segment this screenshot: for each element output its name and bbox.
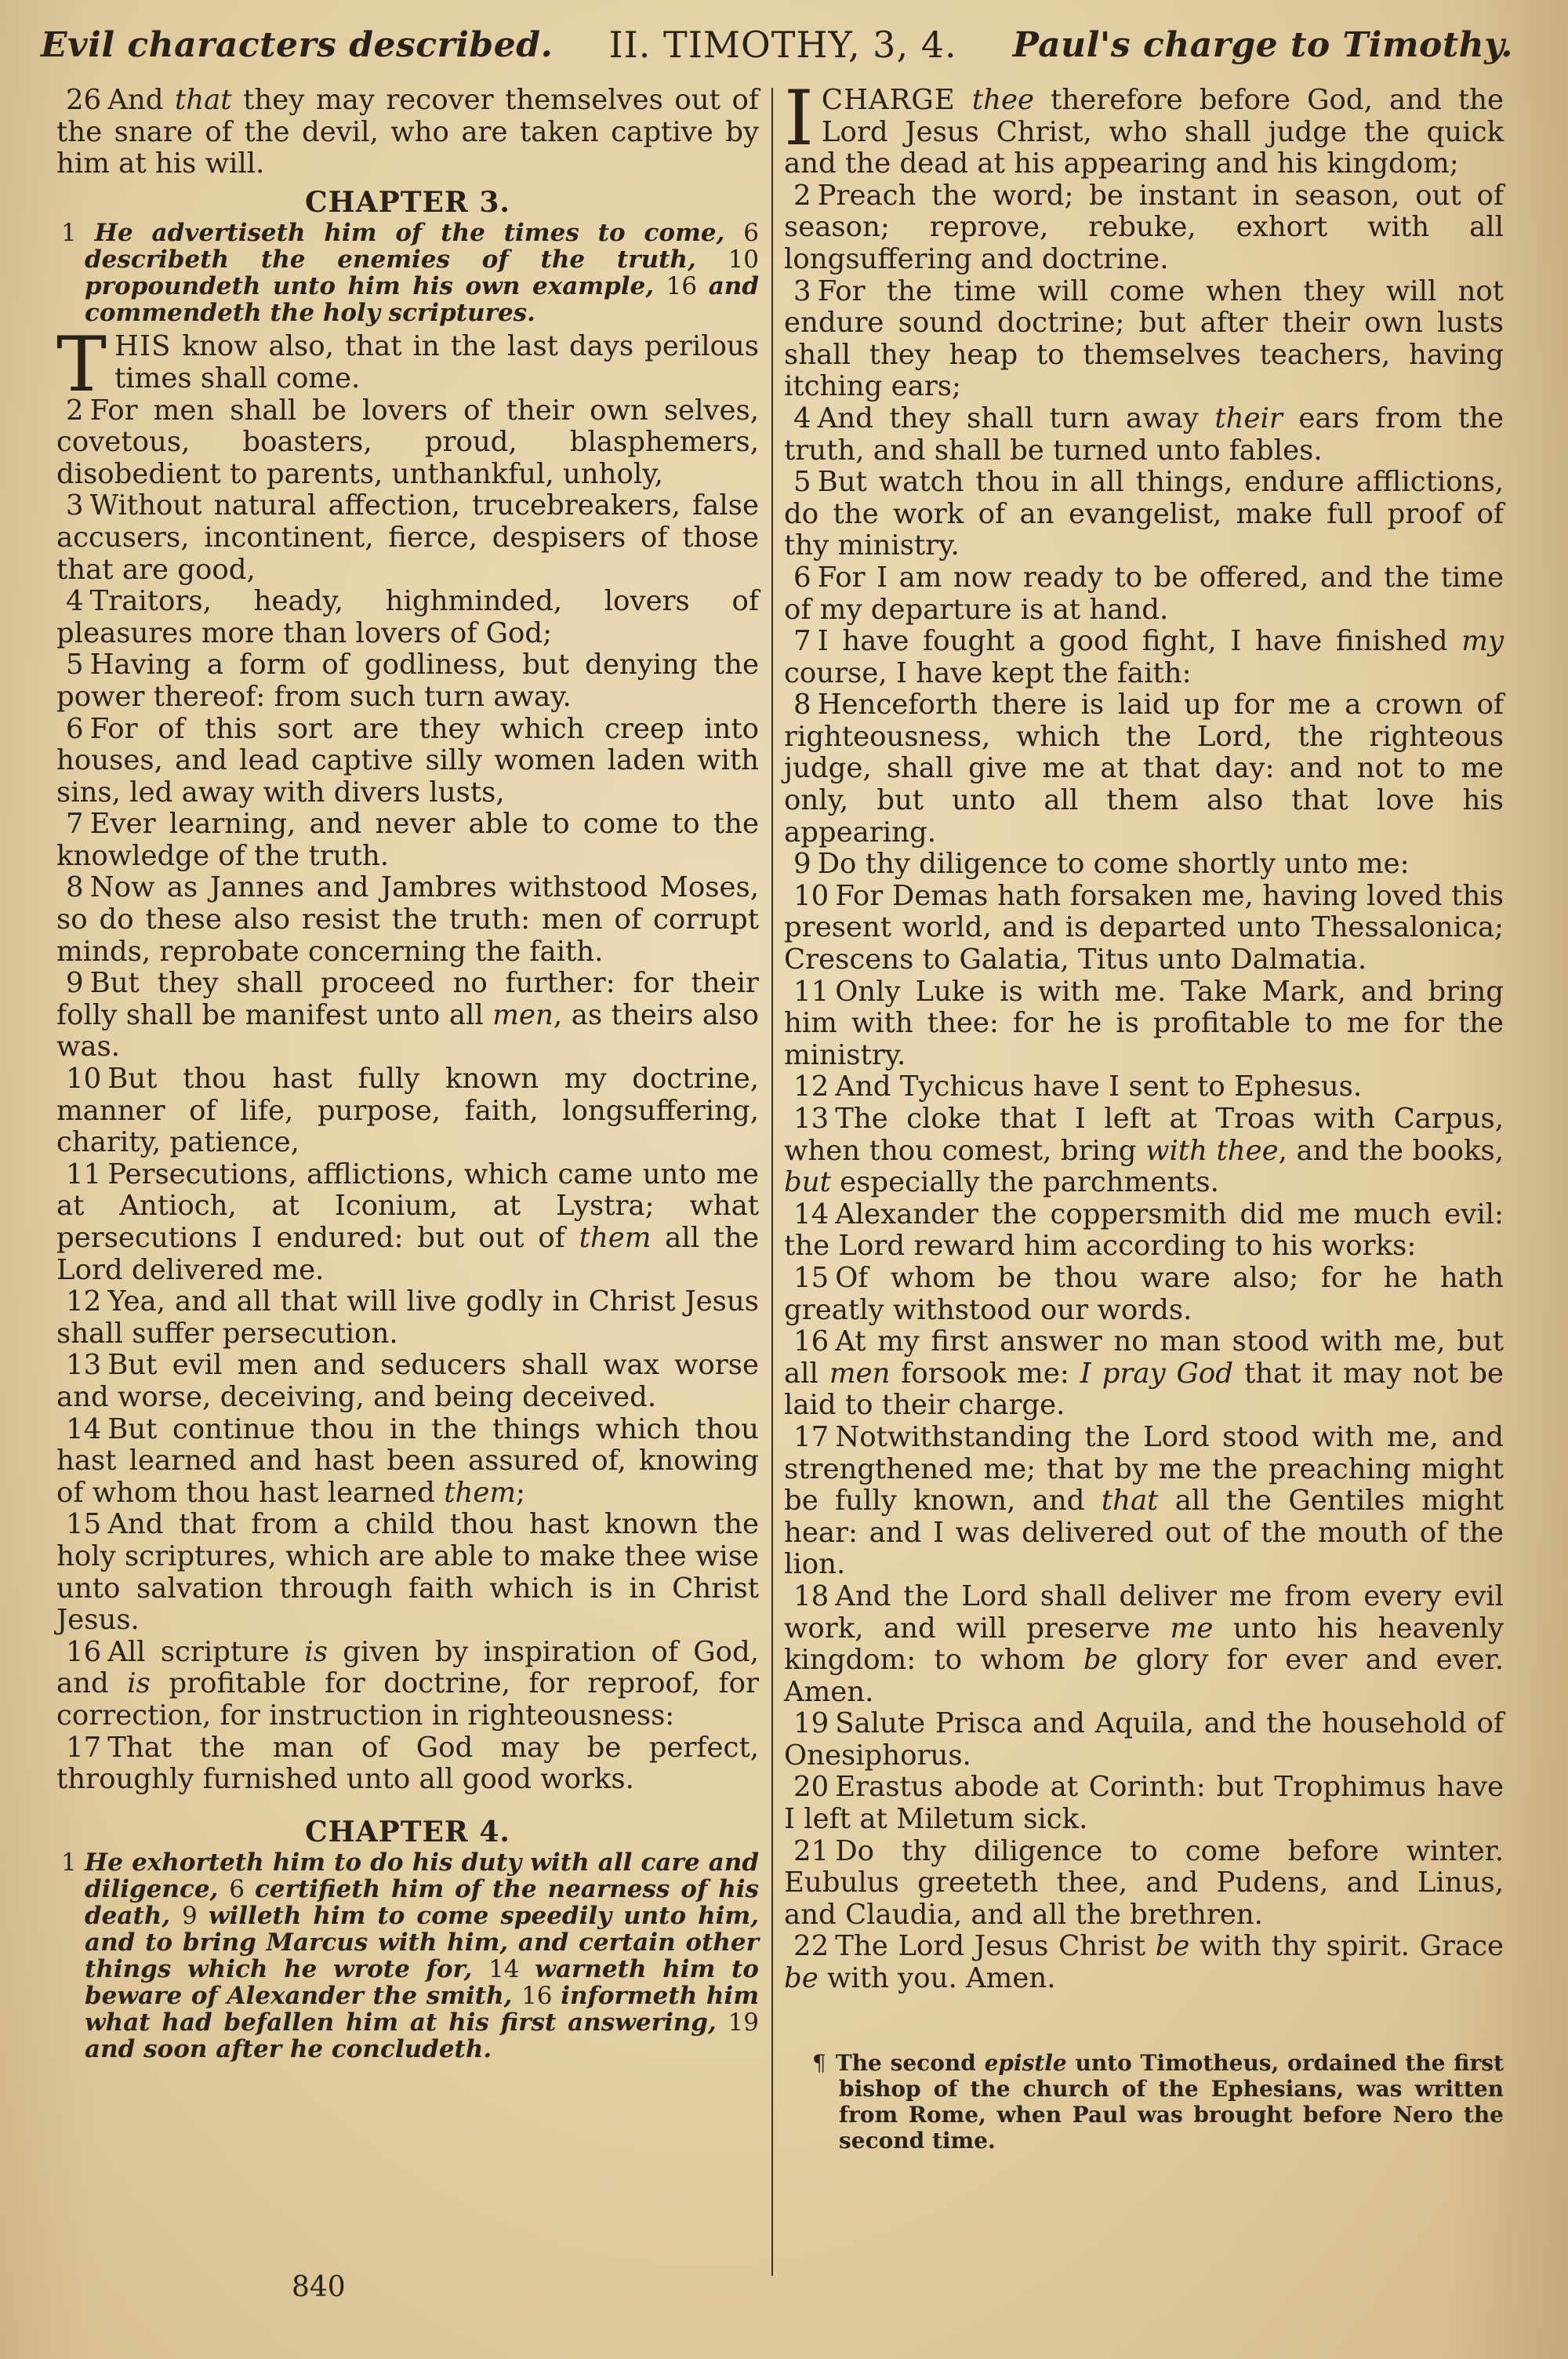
verse-number: 6 — [793, 562, 811, 594]
verse-number: 7 — [66, 808, 84, 840]
verse-13: 13The cloke that I left at Troas with Ca… — [784, 1103, 1504, 1199]
verse-17: 17Notwithstanding the Lord stood with me… — [784, 1422, 1504, 1581]
verse-22: 22The Lord Jesus Christ be with thy spir… — [784, 1931, 1504, 1994]
header-book-chapter: II. TIMOTHY, 3, 4. — [608, 24, 956, 66]
verse-16: 16All scripture is given by inspiration … — [56, 1637, 759, 1732]
text-run: But continue thou in the things which th… — [56, 1413, 759, 1509]
subscription-text: The second epistle unto Timotheus, ordai… — [836, 2050, 1504, 2154]
text-run: For the time will come when they will no… — [784, 275, 1504, 403]
text-run: with you. Amen. — [818, 1962, 1056, 1994]
italic-supplied-word: be — [1156, 1930, 1190, 1962]
small-caps-word: CHARGE — [822, 84, 956, 116]
verse-5: 5But watch thou in all things, endure af… — [784, 467, 1504, 562]
epistle-subscription: ¶The second epistle unto Timotheus, orda… — [808, 2050, 1504, 2154]
verse-7: 7Ever learning, and never able to come t… — [56, 809, 759, 872]
header-left-topic: Evil characters described. — [41, 25, 553, 65]
italic-supplied-word: I pray God — [1080, 1358, 1233, 1390]
verse-number: 4 — [66, 585, 84, 617]
text-run: Ever learning, and never able to come to… — [56, 808, 759, 872]
text-run: All scripture — [107, 1636, 304, 1668]
summary-verse-ref: 6 — [743, 219, 759, 247]
verse-8: 8Now as Jannes and Jambres withstood Mos… — [56, 872, 759, 968]
text-run — [956, 84, 972, 116]
verse-number: 15 — [793, 1262, 829, 1294]
verse-3: 3Without natural affection, trucebreaker… — [56, 490, 759, 586]
text-run: And that from a child thou hast known th… — [56, 1508, 759, 1636]
text-run: The second — [836, 2050, 985, 2076]
verse-number: 26 — [66, 84, 101, 116]
page-number: 840 — [292, 2271, 346, 2303]
verse-number: 10 — [793, 880, 829, 912]
verse-3: 3For the time will come when they will n… — [784, 276, 1504, 403]
text-run: Yea, and all that will live godly in Chr… — [56, 1285, 759, 1350]
verse-text: know also, that in the last days perilou… — [114, 330, 759, 394]
text-run: Preach the word; be instant in season, o… — [784, 180, 1504, 275]
text-run: Do thy diligence to come before winter. … — [784, 1835, 1504, 1931]
italic-supplied-word: that — [175, 84, 232, 116]
verse-number: 6 — [66, 713, 84, 745]
italic-supplied-word: be — [784, 1962, 818, 1994]
chapter-3-verse-1: THIS know also, that in the last days pe… — [56, 331, 759, 394]
italic-supplied-word: be — [1083, 1644, 1118, 1676]
text-run: But thou hast fully known my doctrine, m… — [56, 1063, 759, 1158]
verse-11: 11Persecutions, afflictions, which came … — [56, 1159, 759, 1286]
text-run: But watch thou in all things, endure aff… — [784, 466, 1504, 562]
text-run: For men shall be lovers of their own sel… — [56, 394, 759, 490]
verse-4: 4Traitors, heady, highminded, lovers of … — [56, 586, 759, 649]
text-run: Erastus abode at Corinth: but Trophimus … — [784, 1771, 1504, 1835]
text-run: Henceforth there is laid up for me a cro… — [784, 689, 1504, 848]
header-right-topic: Paul's charge to Timothy. — [1013, 25, 1513, 65]
verse-2: 2Preach the word; be instant in season, … — [784, 180, 1504, 276]
verse-number: 3 — [66, 489, 84, 522]
verse-number: 21 — [793, 1835, 829, 1867]
italic-supplied-word: my — [1461, 625, 1504, 657]
verse-number: 5 — [793, 466, 811, 498]
text-run: Without natural affection, trucebreakers… — [56, 489, 759, 585]
summary-verse-ref: 6 — [229, 1875, 255, 1903]
text-run: , and the books, — [1279, 1135, 1504, 1167]
pilcrow-icon: ¶ — [812, 2050, 826, 2076]
verse-number: 12 — [66, 1285, 101, 1318]
summary-verse-ref: 9 — [182, 1902, 209, 1930]
verse-number: 2 — [793, 180, 811, 212]
verse-12: 12Yea, and all that will live godly in C… — [56, 1286, 759, 1350]
verse-number: 11 — [66, 1158, 101, 1190]
text-run: I have fought a good fight, I have finis… — [818, 625, 1462, 657]
text-run: Salute Prisca and Aquila, and the househ… — [784, 1707, 1504, 1772]
verse-number: 19 — [793, 1707, 829, 1739]
verse-12: 12And Tychicus have I sent to Ephesus. — [784, 1071, 1504, 1103]
verse-number: 14 — [66, 1413, 101, 1445]
verse-number: 13 — [66, 1349, 101, 1381]
verse-number: 16 — [66, 1636, 101, 1668]
verse-number: 12 — [793, 1070, 829, 1103]
verse-number: 17 — [793, 1421, 829, 1453]
text-run: Now as Jannes and Jambres withstood Mose… — [56, 871, 759, 967]
text-run: course, I have kept the faith: — [784, 657, 1192, 689]
verse-4: 4And they shall turn away their ears fro… — [784, 403, 1504, 467]
verse-15: 15Of whom be thou ware also; for he hath… — [784, 1263, 1504, 1326]
verse-6: 6For of this sort are they which creep i… — [56, 714, 759, 809]
chapter-4-verse-1: I CHARGE thee therefore before God, and … — [784, 85, 1504, 180]
column-divider — [771, 88, 773, 2276]
verse-number: 9 — [66, 967, 84, 999]
verse-6: 6For I am now ready to be offered, and t… — [784, 562, 1504, 626]
verse-number: 11 — [793, 976, 829, 1008]
verse-10: 10For Demas hath forsaken me, having lov… — [784, 881, 1504, 976]
italic-supplied-word: with thee — [1145, 1135, 1279, 1167]
verse-8: 8Henceforth there is laid up for me a cr… — [784, 689, 1504, 849]
text-run: And — [107, 84, 175, 116]
chapter-4-summary: 1 He exhorteth him to do his duty with a… — [56, 1849, 759, 2063]
verse-20: 20Erastus abode at Corinth: but Trophimu… — [784, 1772, 1504, 1835]
verse-7: 7I have fought a good fight, I have fini… — [784, 626, 1504, 689]
verse-number: 4 — [793, 402, 811, 434]
summary-verse-ref: 19 — [728, 2008, 759, 2037]
summary-verse-ref: 16 — [666, 272, 709, 300]
text-run: And Tychicus have I sent to Ephesus. — [835, 1070, 1362, 1103]
verse-18: 18And the Lord shall deliver me from eve… — [784, 1581, 1504, 1708]
summary-verse-ref: 14 — [488, 1955, 535, 1983]
text-run: Traitors, heady, highminded, lovers of p… — [56, 585, 759, 649]
verse-14: 14Alexander the coppersmith did me much … — [784, 1199, 1504, 1263]
verse-number: 20 — [793, 1771, 829, 1803]
text-run: The Lord Jesus Christ — [835, 1930, 1156, 1962]
verse-number: 15 — [66, 1508, 101, 1540]
text-run: For of this sort are they which creep in… — [56, 713, 759, 809]
verse-number: 8 — [66, 871, 84, 903]
text-run: For Demas hath forsaken me, having loved… — [784, 880, 1504, 976]
verse-19: 19Salute Prisca and Aquila, and the hous… — [784, 1708, 1504, 1772]
verse-16: 16At my first answer no man stood with m… — [784, 1326, 1504, 1422]
verse-number: 18 — [793, 1580, 829, 1612]
italic-supplied-word: is — [304, 1636, 328, 1668]
drop-cap: I — [784, 89, 814, 147]
verse-13: 13But evil men and seducers shall wax wo… — [56, 1350, 759, 1413]
text-run: He advertiseth him of the times to come, — [95, 219, 744, 247]
verse-number: 2 — [66, 394, 84, 427]
chapter-3-title: CHAPTER 3. — [56, 187, 759, 219]
text-run: Alexander the coppersmith did me much ev… — [784, 1198, 1504, 1263]
verse-9: 9Do thy diligence to come shortly unto m… — [784, 849, 1504, 881]
verse-number: 14 — [793, 1198, 829, 1230]
chapter-4-title: CHAPTER 4. — [56, 1816, 759, 1848]
verse-10: 10But thou hast fully known my doctrine,… — [56, 1063, 759, 1159]
verse-2-26: 26And that they may recover themselves o… — [56, 85, 759, 180]
text-run: Having a form of godliness, but denying … — [56, 649, 759, 713]
verse-number: 7 — [793, 625, 811, 657]
text-run: Only Luke is with me. Take Mark, and bri… — [784, 976, 1504, 1071]
verse-5: 5Having a form of godliness, but denying… — [56, 649, 759, 713]
text-run: And they shall turn away — [818, 402, 1215, 434]
summary-verse-ref: 10 — [728, 245, 759, 274]
chapter-4-verses: 2Preach the word; be instant in season, … — [784, 180, 1504, 1995]
italic-supplied-word: thee — [972, 84, 1034, 116]
text-run: especially the parchments. — [831, 1166, 1219, 1198]
italic-supplied-word: men — [492, 999, 554, 1031]
italic-supplied-word: is — [127, 1667, 151, 1699]
drop-cap: T — [56, 336, 107, 394]
italic-supplied-word: but — [784, 1166, 831, 1198]
verse-number: 22 — [793, 1930, 829, 1962]
summary-verse-ref: 1 — [61, 219, 95, 247]
verse-number: 3 — [793, 275, 811, 307]
summary-verse-ref: 16 — [521, 1982, 561, 2010]
chapter-3-verses: 2For men shall be lovers of their own se… — [56, 395, 759, 1796]
verse-2: 2For men shall be lovers of their own se… — [56, 395, 759, 491]
verse-number: 16 — [793, 1325, 829, 1358]
italic-supplied-word: epistle — [985, 2050, 1067, 2076]
verse-number: 17 — [66, 1732, 101, 1764]
text-run: profitable for doctrine, for reproof, fo… — [56, 1667, 759, 1732]
verse-17: 17That the man of God may be perfect, th… — [56, 1732, 759, 1796]
italic-supplied-word: them — [579, 1222, 652, 1254]
text-run: For I am now ready to be offered, and th… — [784, 562, 1504, 626]
small-caps-word: HIS — [114, 330, 171, 362]
text-run: forsook me: — [890, 1358, 1080, 1390]
verse-14: 14But continue thou in the things which … — [56, 1414, 759, 1510]
italic-supplied-word: them — [444, 1477, 516, 1509]
text-run: and soon after he concludeth. — [85, 2035, 492, 2063]
verse-number: 13 — [793, 1103, 829, 1135]
verse-21: 21Do thy diligence to come before winter… — [784, 1836, 1504, 1932]
verse-number: 5 — [66, 649, 84, 681]
italic-supplied-word: men — [829, 1358, 891, 1390]
text-run: That the man of God may be perfect, thro… — [56, 1732, 759, 1796]
text-run: propoundeth unto him his own example, — [85, 272, 666, 300]
text-run: Of whom be thou ware also; for he hath g… — [784, 1262, 1504, 1326]
verse-number: 8 — [793, 689, 811, 721]
verse-number: 9 — [793, 848, 811, 880]
text-run: describeth the enemies of the truth, — [85, 245, 728, 274]
chapter-3-summary: 1 He advertiseth him of the times to com… — [56, 220, 759, 326]
text-run: with thy spirit. Grace — [1189, 1930, 1504, 1962]
summary-verse-ref: 1 — [61, 1848, 85, 1877]
text-run: ; — [516, 1477, 525, 1509]
left-column: 26And that they may recover themselves o… — [56, 85, 759, 2067]
verse-9: 9But they shall proceed no further: for … — [56, 968, 759, 1063]
italic-supplied-word: me — [1171, 1612, 1214, 1645]
verse-11: 11Only Luke is with me. Take Mark, and b… — [784, 976, 1504, 1072]
right-column: I CHARGE thee therefore before God, and … — [784, 85, 1504, 2154]
italic-supplied-word: their — [1214, 402, 1282, 434]
verse-15: 15And that from a child thou hast known … — [56, 1509, 759, 1636]
running-header: Evil characters described. II. TIMOTHY, … — [41, 17, 1513, 72]
verse-number: 10 — [66, 1063, 101, 1095]
text-run: But evil men and seducers shall wax wors… — [56, 1349, 759, 1413]
italic-supplied-word: that — [1102, 1485, 1159, 1517]
text-run: Do thy diligence to come shortly unto me… — [818, 848, 1410, 880]
